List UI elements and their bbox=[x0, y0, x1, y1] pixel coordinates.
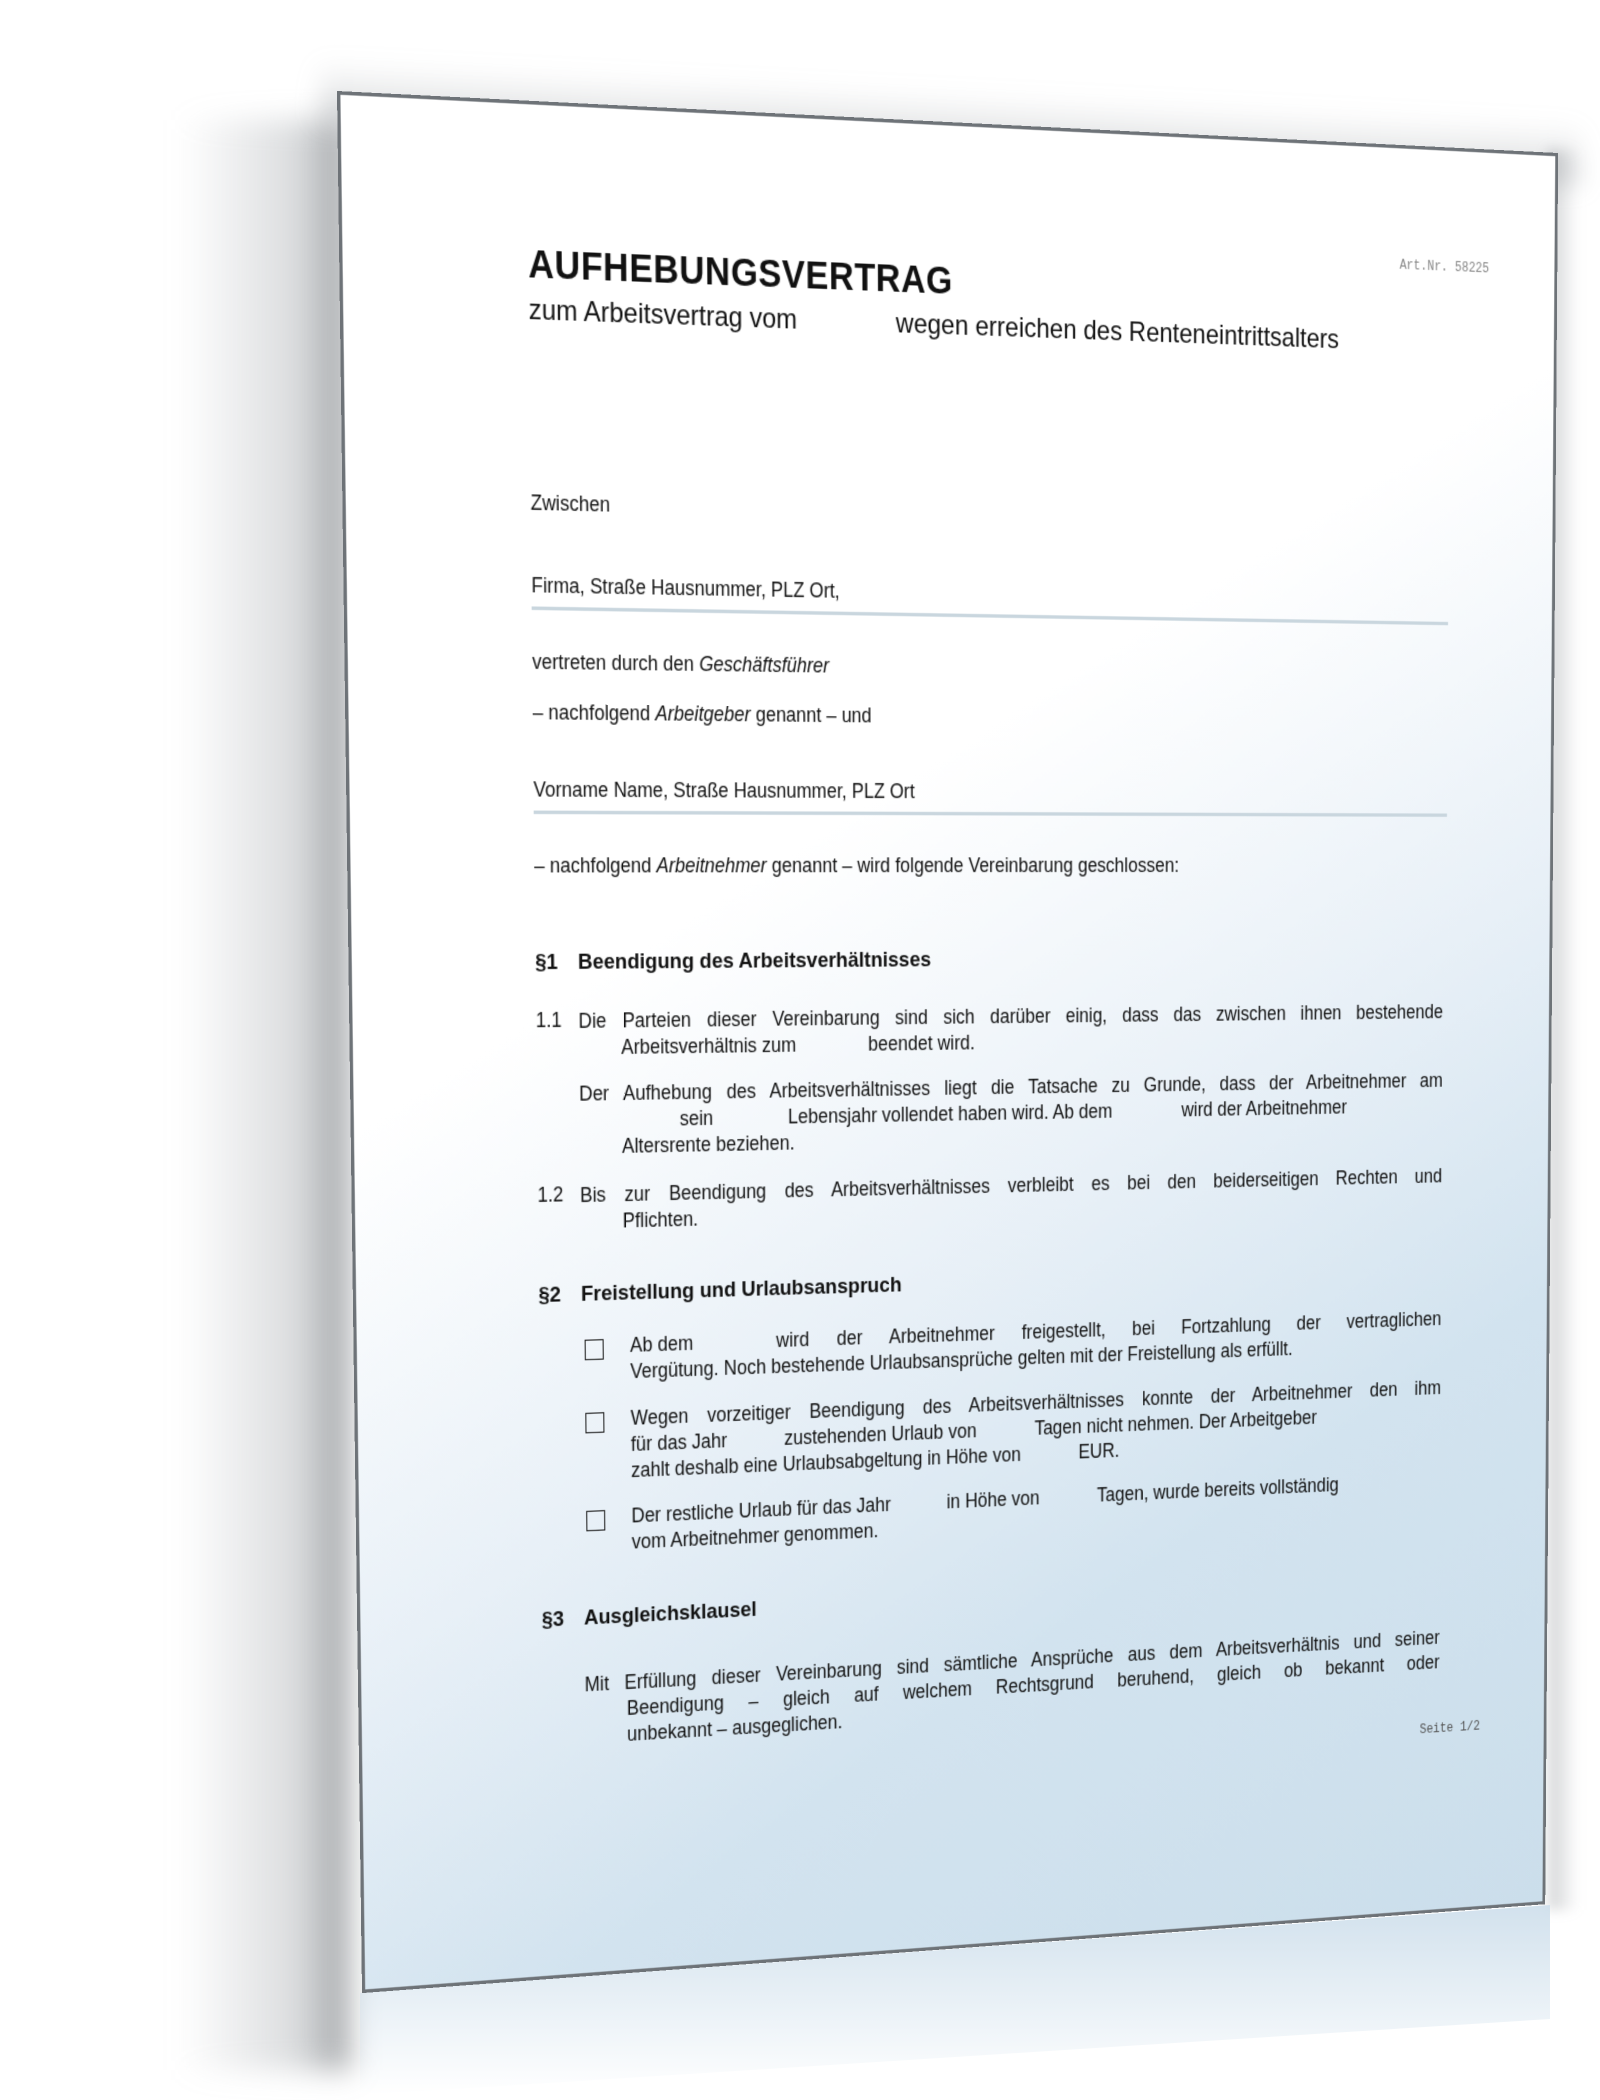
section-3-title: Ausgleichsklausel bbox=[584, 1598, 757, 1630]
date-blank bbox=[796, 1051, 868, 1052]
option-2-line3b: EUR. bbox=[1078, 1438, 1119, 1465]
document-subtitle: zum Arbeitsvertrag vomwegen erreichen de… bbox=[529, 294, 1339, 356]
clause-1-1b-line2c: wird der Arbeitnehmer bbox=[1181, 1095, 1347, 1123]
section-3-text: Mit Erfüllung dieser Vereinbarung sind s… bbox=[584, 1625, 1439, 1750]
option-2-line2a: für das Jahr bbox=[631, 1428, 728, 1458]
employee-designation: – nachfolgend Arbeitnehmer genannt – wir… bbox=[534, 854, 1179, 879]
section-1-number: §1 bbox=[535, 950, 578, 976]
age-blank bbox=[713, 1104, 788, 1132]
represented-role: Geschäftsführer bbox=[699, 652, 829, 677]
section-1-heading: §1Beendigung des Arbeitsverhältnisses bbox=[535, 948, 931, 976]
parties-intro: Zwischen bbox=[530, 491, 610, 518]
employee-address-rule bbox=[534, 811, 1447, 817]
option-1-checkbox[interactable] bbox=[585, 1339, 604, 1360]
subtitle-part1: zum Arbeitsvertrag vom bbox=[529, 294, 798, 336]
employer-designation: – nachfolgend Arbeitgeber genannt – und bbox=[533, 700, 872, 728]
date-blank bbox=[797, 329, 896, 333]
section-2-number: §2 bbox=[538, 1283, 581, 1310]
document-title: AUFHEBUNGSVERTRAG bbox=[528, 242, 953, 304]
option-2-checkbox[interactable] bbox=[585, 1412, 604, 1433]
employer-designation-term: Arbeitgeber bbox=[655, 702, 750, 726]
employee-designation-prefix: – nachfolgend bbox=[534, 854, 657, 877]
employer-representation: vertreten durch den Geschäftsführer bbox=[532, 650, 829, 678]
clause-1-1-number: 1.1 bbox=[536, 1008, 562, 1033]
employer-designation-suffix: genannt – und bbox=[750, 703, 871, 727]
year-blank bbox=[891, 1490, 947, 1518]
year-blank bbox=[727, 1426, 784, 1454]
option-2-text: Wegen vorzeitiger Beendigung des Arbeits… bbox=[631, 1376, 1442, 1484]
employer-designation-prefix: – nachfolgend bbox=[533, 700, 656, 725]
section-3-heading: §3Ausgleichsklausel bbox=[542, 1598, 757, 1634]
option-1-text: Ab demwird der Arbeitnehmer freigestellt… bbox=[630, 1307, 1441, 1385]
clause-1-2-number: 1.2 bbox=[537, 1183, 563, 1208]
option-3-checkbox[interactable] bbox=[586, 1510, 605, 1531]
employee-address: Vorname Name, Straße Hausnummer, PLZ Ort bbox=[533, 778, 914, 804]
days-blank bbox=[1040, 1483, 1097, 1511]
section-1-title: Beendigung des Arbeitsverhältnisses bbox=[578, 948, 931, 975]
page-shadow-left bbox=[180, 120, 350, 2070]
days-blank bbox=[977, 1416, 1035, 1444]
section-3-number: §3 bbox=[542, 1606, 585, 1633]
represented-prefix: vertreten durch den bbox=[532, 650, 699, 676]
employee-designation-suffix: genannt – wird folgende Vereinbarung ges… bbox=[767, 854, 1179, 877]
page-number: Seite 1/2 bbox=[1420, 1719, 1480, 1738]
clause-1-1b-line2a: sein bbox=[680, 1105, 714, 1132]
option-3-line1b: in Höhe von bbox=[946, 1485, 1039, 1515]
clause-1-2: Bis zur Beendigung des Arbeitsverhältnis… bbox=[580, 1164, 1442, 1236]
document-page: Art.Nr. 58225 AUFHEBUNGSVERTRAG zum Arbe… bbox=[337, 91, 1558, 1993]
option-1-line1a: Ab dem bbox=[630, 1331, 693, 1359]
option-3-text: Der restliche Urlaub für das Jahrin Höhe… bbox=[631, 1468, 1440, 1555]
clause-1-1-line2b: beendet wird. bbox=[868, 1031, 975, 1055]
section-2-title: Freistellung und Urlaubsanspruch bbox=[581, 1273, 902, 1306]
date-blank bbox=[693, 1328, 776, 1357]
section-2-heading: §2Freistellung und Urlaubsanspruch bbox=[538, 1273, 901, 1309]
subtitle-part2: wegen erreichen des Renteneintrittsalter… bbox=[896, 308, 1339, 355]
employer-address: Firma, Straße Hausnummer, PLZ Ort, bbox=[531, 573, 840, 603]
article-number: Art.Nr. 58225 bbox=[1400, 257, 1490, 276]
employee-designation-term: Arbeitnehmer bbox=[656, 854, 766, 877]
document-preview-stage: Art.Nr. 58225 AUFHEBUNGSVERTRAG zum Arbe… bbox=[0, 0, 1600, 2100]
date-blank bbox=[1113, 1098, 1182, 1125]
amount-blank bbox=[1021, 1440, 1079, 1468]
clause-1-1-line2a: Arbeitsverhältnis zum bbox=[621, 1033, 796, 1058]
clause-1-1: Die Parteien dieser Vereinbarung sind si… bbox=[578, 1000, 1443, 1062]
employer-address-rule bbox=[532, 606, 1448, 625]
clause-1-1b: Der Aufhebung des Arbeitsverhältnisses l… bbox=[579, 1068, 1443, 1160]
